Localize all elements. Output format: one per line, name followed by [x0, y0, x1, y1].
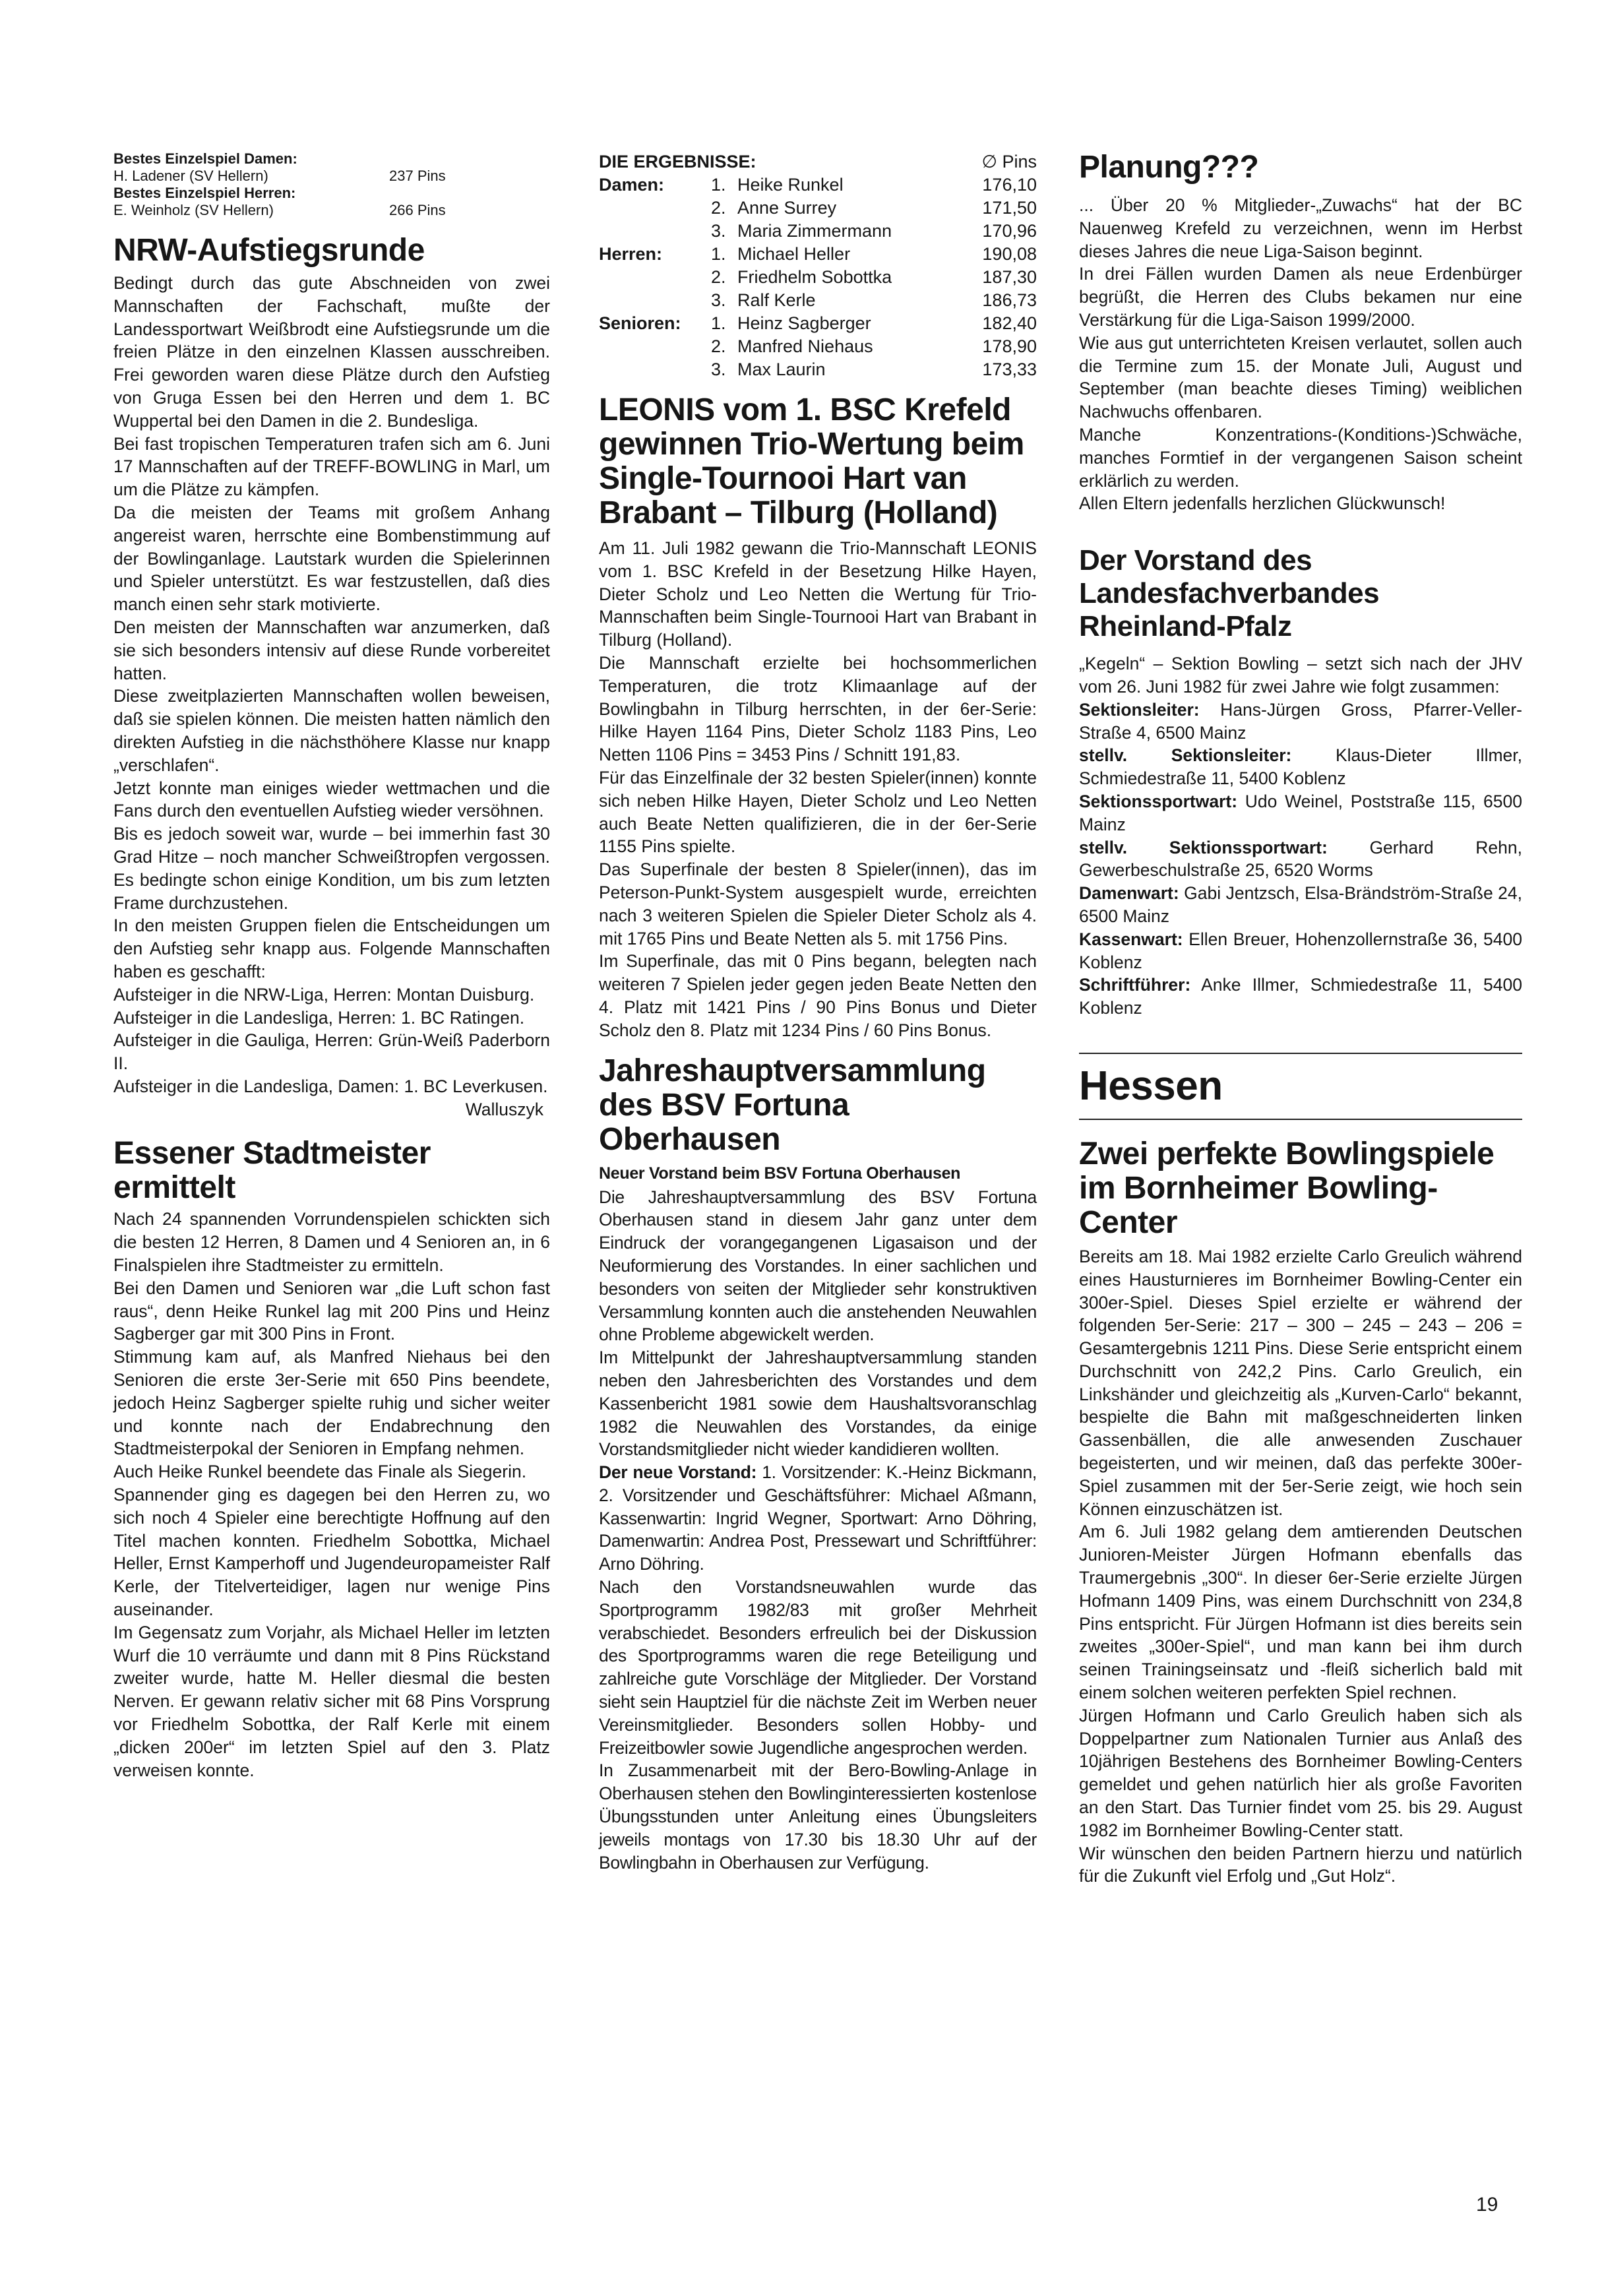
paragraph: Wir wünschen den beiden Partnern hierzu … [1079, 1842, 1522, 1888]
results-player: Heike Runkel [737, 173, 964, 197]
results-player: Ralf Kerle [737, 289, 964, 312]
results-rank: 1. [711, 312, 737, 335]
paragraph: Im Gegensatz zum Vorjahr, als Michael He… [113, 1621, 550, 1782]
board-member: Damenwart: Gabi Jentzsch, Elsa-Brändströ… [1079, 882, 1522, 928]
results-average: 176,10 [964, 173, 1037, 197]
paragraph: Am 11. Juli 1982 gewann die Trio-Mannsch… [599, 537, 1037, 652]
paragraph: Bereits am 18. Mai 1982 erzielte Carlo G… [1079, 1245, 1522, 1521]
paragraph: Diese zweitplazierten Mannschaften wolle… [113, 685, 550, 776]
results-row: Damen:1.Heike Runkel176,10 [599, 173, 1037, 197]
paragraph: Jürgen Hofmann und Carlo Greulich haben … [1079, 1704, 1522, 1842]
best-single-label: Bestes Einzelspiel Damen: [113, 150, 550, 168]
results-row: Senioren:1.Heinz Sagberger182,40 [599, 312, 1037, 335]
results-header: DIE ERGEBNISSE: ∅ Pins [599, 150, 1037, 173]
results-row: Herren:1.Michael Heller190,08 [599, 243, 1037, 266]
paragraph: Nach 24 spannenden Vorrundenspielen schi… [113, 1208, 550, 1276]
results-row: 3.Ralf Kerle186,73 [599, 289, 1037, 312]
column-left: Bestes Einzelspiel Damen: H. Ladener (SV… [113, 150, 550, 1782]
results-category: Senioren: [599, 312, 711, 335]
results-average: 190,08 [964, 243, 1037, 266]
board-member: stellv. Sektionssportwart: Gerhard Rehn,… [1079, 836, 1522, 883]
results-row: 3.Max Laurin173,33 [599, 358, 1037, 381]
best-single-value: 237 Pins [389, 168, 446, 185]
results-rank: 2. [711, 266, 737, 289]
results-average: 178,90 [964, 335, 1037, 358]
results-category [599, 335, 711, 358]
article-body-nrw: Bedingt durch das gute Abschneiden von z… [113, 272, 550, 1121]
paragraph: Die Jahreshauptversammlung des BSV Fortu… [599, 1186, 1037, 1347]
article-body-leonis: Am 11. Juli 1982 gewann die Trio-Mannsch… [599, 537, 1037, 1042]
board-paragraph: Der neue Vorstand: 1. Vorsitzender: K.-H… [599, 1461, 1037, 1576]
results-category [599, 266, 711, 289]
results-row: 3.Maria Zimmermann170,96 [599, 220, 1037, 243]
results-unit: ∅ Pins [981, 150, 1037, 173]
section-title-hessen: Hessen [1079, 1063, 1522, 1109]
article-body-essen: Nach 24 spannenden Vorrundenspielen schi… [113, 1208, 550, 1782]
paragraph: Bei fast tropischen Temperaturen trafen … [113, 433, 550, 501]
results-average: 182,40 [964, 312, 1037, 335]
results-row: 2.Anne Surrey171,50 [599, 197, 1037, 220]
results-rank: 2. [711, 335, 737, 358]
results-average: 170,96 [964, 220, 1037, 243]
article-title-leonis: LEONIS vom 1. BSC Krefeld gewinnen Trio-… [599, 393, 1037, 530]
results-player: Heinz Sagberger [737, 312, 964, 335]
article-body-planung: ... Über 20 % Mitglieder-„Zuwachs“ hat d… [1079, 194, 1522, 515]
results-category [599, 358, 711, 381]
column-middle: DIE ERGEBNISSE: ∅ Pins Damen:1.Heike Run… [599, 150, 1037, 1874]
results-player: Friedhelm Sobottka [737, 266, 964, 289]
board-role: Schriftführer: [1079, 975, 1190, 995]
results-rank: 2. [711, 197, 737, 220]
board-label: Der neue Vorstand: [599, 1462, 756, 1482]
results-category [599, 197, 711, 220]
board-member: Sektionssportwart: Udo Weinel, Poststraß… [1079, 790, 1522, 836]
results-player: Michael Heller [737, 243, 964, 266]
paragraph: Bedingt durch das gute Abschneiden von z… [113, 272, 550, 433]
results-category: Damen: [599, 173, 711, 197]
results-player: Manfred Niehaus [737, 335, 964, 358]
paragraph: Da die meisten der Teams mit großem Anha… [113, 501, 550, 616]
best-single-row: H. Ladener (SV Hellern) 237 Pins [113, 168, 550, 185]
results-category [599, 289, 711, 312]
results-category [599, 220, 711, 243]
board-role: Sektionsleiter: [1079, 700, 1200, 720]
results-rank: 1. [711, 173, 737, 197]
best-single-label: Bestes Einzelspiel Herren: [113, 185, 550, 202]
article-title-vorstand-rp: Der Vorstand des Landesfachverbandes Rhe… [1079, 544, 1522, 643]
results-average: 187,30 [964, 266, 1037, 289]
results-average: 173,33 [964, 358, 1037, 381]
best-single-name: H. Ladener (SV Hellern) [113, 168, 389, 185]
article-title-planung: Planung??? [1079, 150, 1522, 185]
article-title-hessen: Zwei perfekte Bowlingspiele im Bornheime… [1079, 1137, 1522, 1240]
article-subtitle-jhv: Neuer Vorstand beim BSV Fortuna Oberhaus… [599, 1162, 1037, 1185]
article-title-nrw: NRW-Aufstiegsrunde [113, 233, 550, 268]
paragraph: Aufsteiger in die Landesliga, Damen: 1. … [113, 1075, 550, 1098]
results-player: Maria Zimmermann [737, 220, 964, 243]
results-average: 171,50 [964, 197, 1037, 220]
paragraph: Den meisten der Mannschaften war anzumer… [113, 616, 550, 685]
best-single-games: Bestes Einzelspiel Damen: H. Ladener (SV… [113, 150, 550, 219]
paragraph: Bei den Damen und Senioren war „die Luft… [113, 1277, 550, 1346]
paragraph: Die Mannschaft erzielte bei hochsommerli… [599, 652, 1037, 766]
board-role: stellv. Sektionssportwart: [1079, 838, 1328, 857]
paragraph: Spannender ging es dagegen bei den Herre… [113, 1483, 550, 1621]
results-category: Herren: [599, 243, 711, 266]
page-number: 19 [1476, 2194, 1498, 2216]
results-row: 2.Friedhelm Sobottka187,30 [599, 266, 1037, 289]
paragraph: Für das Einzelfinale der 32 besten Spiel… [599, 766, 1037, 858]
board-member: stellv. Sektionsleiter: Klaus-Dieter Ill… [1079, 744, 1522, 790]
results-rank: 3. [711, 358, 737, 381]
paragraph: Stimmung kam auf, als Manfred Niehaus be… [113, 1346, 550, 1460]
results-row: 2.Manfred Niehaus178,90 [599, 335, 1037, 358]
results-title: DIE ERGEBNISSE: [599, 150, 756, 173]
paragraph: Aufsteiger in die NRW-Liga, Herren: Mont… [113, 983, 550, 1007]
paragraph: Manche Konzentrations-(Konditions-)Schwä… [1079, 423, 1522, 492]
paragraph: Das Superfinale der besten 8 Spieler(inn… [599, 858, 1037, 950]
paragraph: Im Mittelpunkt der Jahreshauptversammlun… [599, 1346, 1037, 1461]
paragraph: Bis es jedoch soweit war, wurde – bei im… [113, 822, 550, 914]
board-member: Schriftführer: Anke Illmer, Schmiedestra… [1079, 974, 1522, 1020]
paragraph: Allen Eltern jedenfalls herzlichen Glück… [1079, 492, 1522, 515]
results-rank: 3. [711, 289, 737, 312]
article-body-hessen: Bereits am 18. Mai 1982 erzielte Carlo G… [1079, 1245, 1522, 1888]
paragraph: Nach den Vorstandsneuwahlen wurde das Sp… [599, 1576, 1037, 1759]
results-player: Max Laurin [737, 358, 964, 381]
author-byline: Walluszyk [113, 1098, 550, 1121]
section-rule-top [1079, 1053, 1522, 1054]
best-single-row: E. Weinholz (SV Hellern) 266 Pins [113, 202, 550, 219]
paragraph: Wie aus gut unterrichteten Kreisen verla… [1079, 332, 1522, 423]
paragraph: Im Superfinale, das mit 0 Pins begann, b… [599, 950, 1037, 1041]
board-member: Kassenwart: Ellen Breuer, Hohenzollernst… [1079, 928, 1522, 974]
results-rank: 1. [711, 243, 737, 266]
column-right: Planung??? ... Über 20 % Mitglieder-„Zuw… [1079, 150, 1522, 1888]
article-body-vorstand-rp: „Kegeln“ – Sektion Bowling – setzt sich … [1079, 652, 1522, 1020]
board-member: Sektionsleiter: Hans-Jürgen Gross, Pfarr… [1079, 698, 1522, 745]
article-title-essen: Essener Stadtmeister ermittelt [113, 1136, 550, 1205]
board-role: Damenwart: [1079, 883, 1179, 903]
board-role: stellv. Sektionsleiter: [1079, 745, 1291, 765]
paragraph: Am 6. Juli 1982 gelang dem amtierenden D… [1079, 1520, 1522, 1704]
article-title-jhv: Jahreshauptversammlung des BSV Fortuna O… [599, 1054, 1037, 1157]
section-rule-bottom [1079, 1119, 1522, 1120]
paragraph: Aufsteiger in die Gauliga, Herren: Grün-… [113, 1029, 550, 1075]
results-table: DIE ERGEBNISSE: ∅ Pins Damen:1.Heike Run… [599, 150, 1037, 381]
paragraph: Auch Heike Runkel beendete das Finale al… [113, 1460, 550, 1483]
best-single-value: 266 Pins [389, 202, 446, 219]
paragraph: In Zusammenarbeit mit der Bero-Bowling-A… [599, 1759, 1037, 1874]
paragraph: „Kegeln“ – Sektion Bowling – setzt sich … [1079, 652, 1522, 698]
results-player: Anne Surrey [737, 197, 964, 220]
paragraph: Jetzt konnte man einiges wieder wettmach… [113, 777, 550, 823]
best-single-name: E. Weinholz (SV Hellern) [113, 202, 389, 219]
board-role: Sektionssportwart: [1079, 791, 1237, 811]
paragraph: In den meisten Gruppen fielen die Entsch… [113, 914, 550, 983]
paragraph: ... Über 20 % Mitglieder-„Zuwachs“ hat d… [1079, 194, 1522, 263]
article-body-jhv: Die Jahreshauptversammlung des BSV Fortu… [599, 1186, 1037, 1875]
results-average: 186,73 [964, 289, 1037, 312]
results-rank: 3. [711, 220, 737, 243]
paragraph: In drei Fällen wurden Damen als neue Erd… [1079, 263, 1522, 331]
paragraph: Aufsteiger in die Landesliga, Herren: 1.… [113, 1007, 550, 1030]
board-role: Kassenwart: [1079, 929, 1183, 949]
